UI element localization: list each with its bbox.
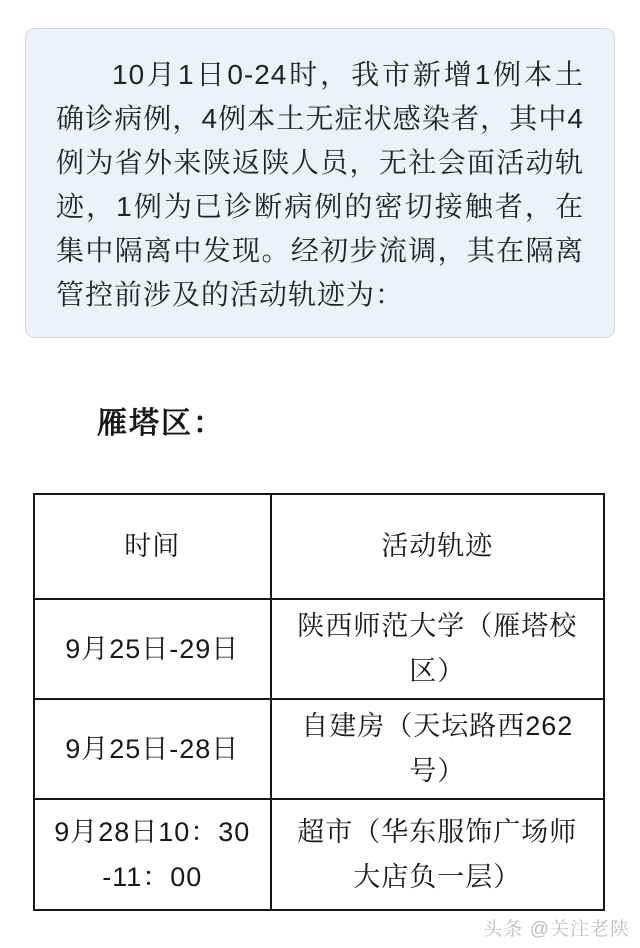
table-row: 9月25日-28日 自建房（天坛路西262 号） xyxy=(34,699,604,799)
notice-text: 10月1日0-24时，我市新增1例本土确诊病例，4例本土无症状感染者，其中4例为… xyxy=(56,53,584,317)
activity-cell: 陕西师范大学（雁塔校 区） xyxy=(271,599,604,699)
header-cell-time: 时间 xyxy=(34,494,271,599)
watermark-toutiao: 头条 @关注老陕 xyxy=(483,914,630,941)
time-cell: 9月25日-29日 xyxy=(34,599,271,699)
section-heading-yanta-district: 雁塔区： xyxy=(97,398,225,442)
table-row: 9月28日10：30 -11：00 超市（华东服饰广场师 大店负一层） xyxy=(34,799,604,910)
time-cell: 9月28日10：30 -11：00 xyxy=(34,799,271,910)
activity-track-table: 时间 活动轨迹 9月25日-29日 陕西师范大学（雁塔校 区） 9月25日-28… xyxy=(33,493,605,911)
header-cell-activity: 活动轨迹 xyxy=(271,494,604,599)
notice-box: 10月1日0-24时，我市新增1例本土确诊病例，4例本土无症状感染者，其中4例为… xyxy=(25,28,615,338)
activity-cell: 超市（华东服饰广场师 大店负一层） xyxy=(271,799,604,910)
table-header-row: 时间 活动轨迹 xyxy=(34,494,604,599)
activity-cell: 自建房（天坛路西262 号） xyxy=(271,699,604,799)
time-cell: 9月25日-28日 xyxy=(34,699,271,799)
table-row: 9月25日-29日 陕西师范大学（雁塔校 区） xyxy=(34,599,604,699)
article-page: 10月1日0-24时，我市新增1例本土确诊病例，4例本土无症状感染者，其中4例为… xyxy=(0,0,640,948)
